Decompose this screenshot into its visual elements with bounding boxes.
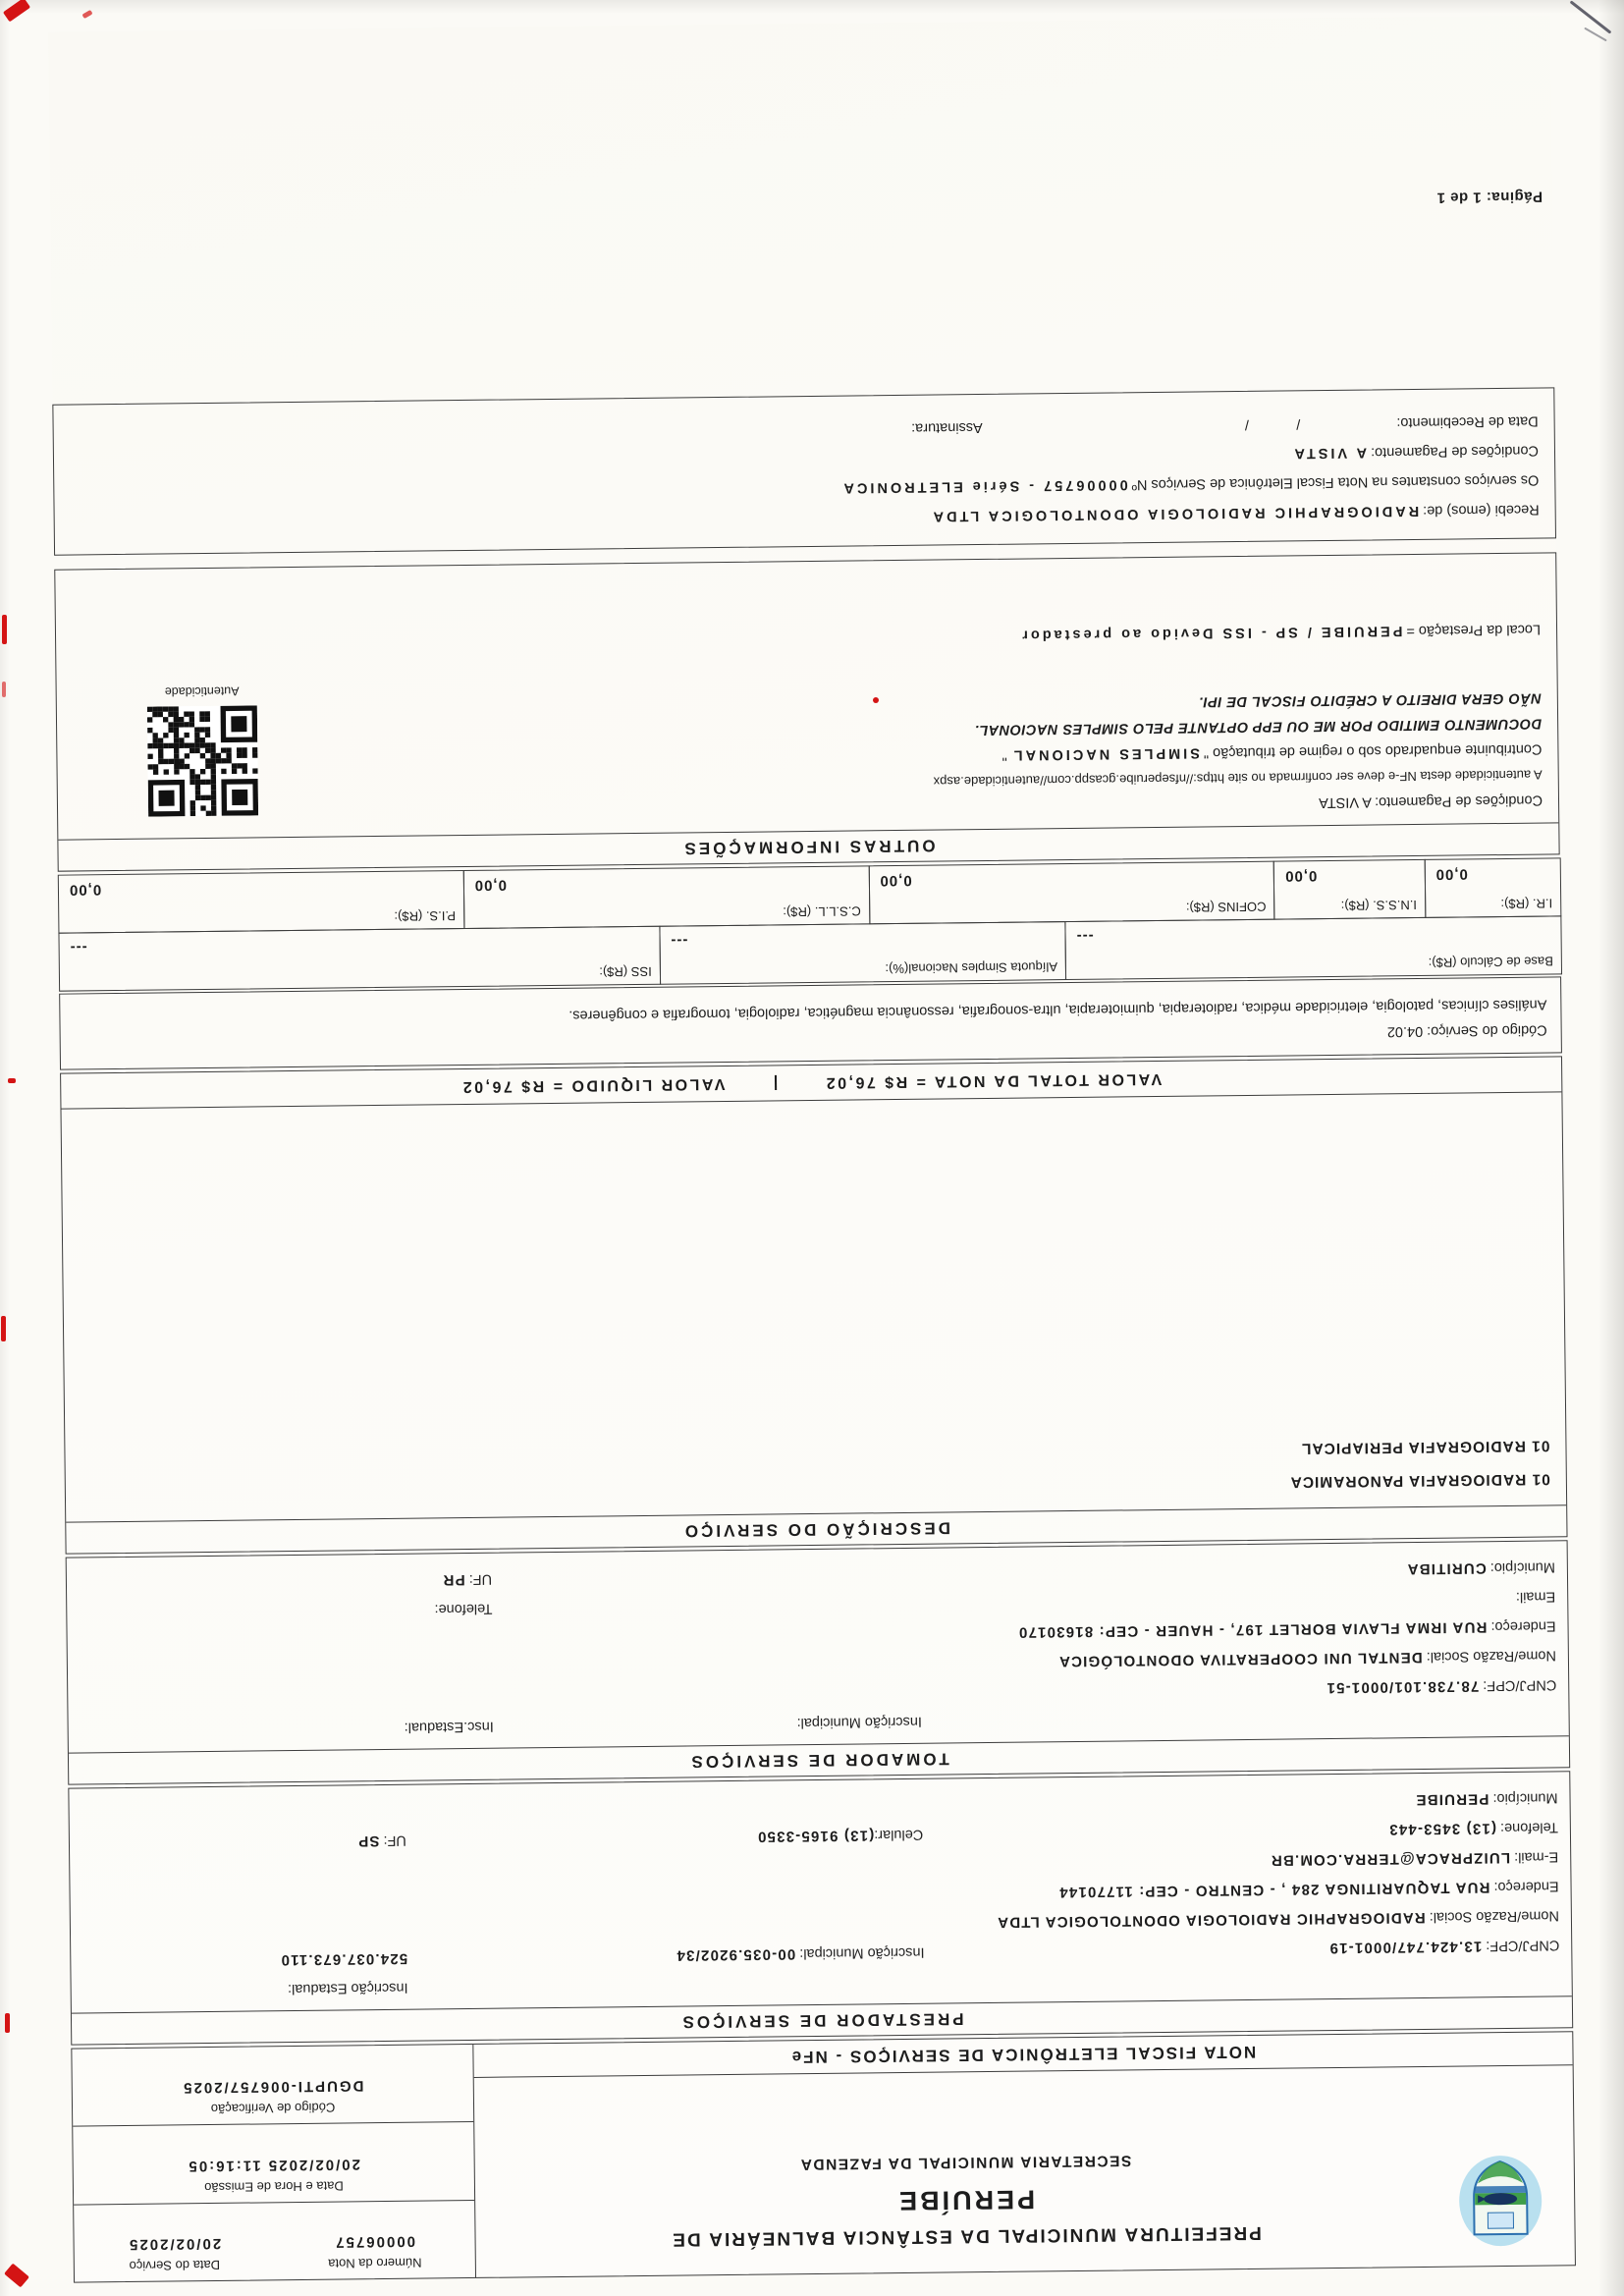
tax-label: Alíquota Simples Nacional(%): <box>885 959 1057 976</box>
tomador-nome-value: DENTAL UNI COOPERATIVA ODONTOLÓGICA <box>1058 1649 1423 1669</box>
tax-cell-inss: I.N.S.S. (R$): 0,00 <box>1273 859 1426 920</box>
red-scan-mark <box>1 1316 6 1341</box>
prestador-email-value: LUIZPRACA@TERRA.COM.BR <box>1271 1849 1511 1869</box>
tomador-ie-label: Insc.Estadual: <box>405 1713 494 1741</box>
recibo-box: Recebi (emos) de: RADIOGRAPHIC RADIOLOGI… <box>52 387 1556 555</box>
outras-informacoes-section: OUTRAS INFORMAÇÕES Condições de Pagament… <box>54 552 1559 871</box>
tax-label: COFINS (R$): <box>1186 900 1267 915</box>
prestador-celular-value: (13) 9165-3350 <box>757 1827 875 1844</box>
tax-label: C.S.L.L. (R$): <box>783 903 861 919</box>
tax-value: --- <box>70 939 87 956</box>
prefeitura-line2: PERUÍBE <box>485 2179 1446 2220</box>
prestador-municipio-label: Município: <box>1492 1789 1557 1806</box>
valor-liquido: VALOR LIQUIDO = R$ 76,02 <box>460 1075 725 1095</box>
data-recebimento-label: Data de Recebimento: <box>1396 413 1538 431</box>
codigo-servico-section: Código do Serviço: 04.02 Análises clínic… <box>59 976 1562 1069</box>
descricao-section: DESCRIÇÃO DO SERVIÇO 01 RADIOGRAFIA PANO… <box>60 1056 1567 1554</box>
prestador-celular-label: Celular: <box>874 1827 923 1843</box>
numero-nota-value: 00006757 <box>275 2232 475 2251</box>
verificacao-box: Código de Verificação DGUPTI-006757/2025 <box>72 2045 473 2126</box>
secretaria: SECRETARIA MUNICIPAL DA FAZENDA <box>485 2148 1446 2176</box>
prestador-nome-label: Nome/Razão Social: <box>1430 1907 1559 1924</box>
tomador-im-label: Inscrição Municipal: <box>796 1708 922 1736</box>
prestador-endereco-value: RUA TAQUARITINGA 284 , - CENTRO - CEP: 1… <box>1058 1879 1489 1900</box>
tax-value: 0,00 <box>69 881 101 898</box>
tomador-telefone-label: Telefone: <box>434 1595 492 1623</box>
header-titles: PREFEITURA MUNICIPAL DA ESTÂNCIA BALNEÁR… <box>474 2065 1575 2277</box>
tax-label: P.I.S. (R$): <box>394 908 456 924</box>
red-scan-mark <box>2 682 6 697</box>
tomador-municipio-label: Município: <box>1490 1558 1555 1575</box>
data-servico-value: 20/02/2025 <box>75 2234 275 2253</box>
prestador-telefone-value: (13) 3453-443 <box>1388 1820 1496 1837</box>
tax-value: 0,00 <box>1435 865 1468 882</box>
qr-block: Autenticidade <box>143 683 263 816</box>
prestador-endereco-label: Endereço: <box>1493 1878 1558 1894</box>
prestador-ie-value: 524.037.673.110 <box>280 1944 407 1973</box>
scanned-sheet: PREFEITURA MUNICIPAL DA ESTÂNCIA BALNEÁR… <box>48 15 1576 2282</box>
assinatura-label: Assinatura: <box>911 419 983 436</box>
prestador-cnpj-value: 13.424.747/0001-19 <box>1328 1938 1482 1956</box>
tomador-uf-value: PR <box>442 1571 464 1588</box>
tax-cell-cofins: COFINS (R$): 0,00 <box>868 861 1274 925</box>
data-servico-label: Data do Serviço <box>75 2257 275 2273</box>
peruibe-crest-logo <box>1458 2149 1543 2249</box>
tax-label: Base de Cálculo (R$): <box>1429 954 1553 969</box>
emissao-value: 20/02/2025 11:16:05 <box>74 2155 474 2176</box>
prestador-im-label: Inscrição Municipal: <box>799 1944 925 1961</box>
red-scan-mark <box>8 1078 16 1083</box>
recibo-numero-serie: 00006757 - Série ELETRONICA <box>840 476 1127 495</box>
tomador-section: TOMADOR DE SERVIÇOS Inscrição Municipal:… <box>66 1540 1571 1784</box>
tax-cell-iss: ISS (R$): --- <box>58 926 660 992</box>
recibo-prestador-nome: RADIOGRAPHIC RADIOLOGIA ODONTOLOGICA LTD… <box>931 503 1420 524</box>
header-right-column: Número da Nota 00006757 Data do Serviço … <box>72 2045 476 2282</box>
valor-separator: | <box>771 1074 778 1091</box>
verificacao-label: Código de Verificação <box>73 2099 473 2118</box>
prestador-municipio-value: PERUIBE <box>1415 1790 1489 1808</box>
prefeitura-line1: PREFEITURA MUNICIPAL DA ESTÂNCIA BALNEÁR… <box>485 2219 1446 2252</box>
tax-cell-ir: I.R. (R$): 0,00 <box>1424 857 1561 918</box>
prestador-nome-value: RADIOGRAPHIC RADIOLOGIA ODONTOLOGICA LTD… <box>997 1909 1426 1931</box>
tax-value: --- <box>1076 928 1094 945</box>
simples-nacional: SIMPLES NACIONAL <box>1011 744 1200 762</box>
page-number: Página: 1 de 1 <box>50 188 1552 221</box>
tomador-cnpj-value: 78.738.101/0001-51 <box>1326 1677 1479 1696</box>
prestador-email-label: E-mail: <box>1514 1848 1558 1865</box>
scanned-invoice-page: { "page": { "pagina": "Página: 1 de 1" }… <box>0 0 1624 2296</box>
prestador-telefone-label: Telefone: <box>1500 1819 1558 1835</box>
header-box: PREFEITURA MUNICIPAL DA ESTÂNCIA BALNEÁR… <box>71 2031 1576 2282</box>
recibo-servicos-prefix: Os serviços constantes na Nota Fiscal El… <box>1128 472 1540 493</box>
red-scan-mark <box>5 2013 10 2033</box>
qr-caption: Autenticidade <box>143 683 261 698</box>
tax-value: 0,00 <box>879 872 911 889</box>
tax-value: 0,00 <box>1284 867 1317 884</box>
tomador-cnpj-label: CNPJ/CPF: <box>1483 1676 1556 1693</box>
scanner-shadow-top <box>0 0 1624 14</box>
tax-cell-csll: C.S.L.L. (R$): 0,00 <box>463 865 870 929</box>
scanner-shadow-left <box>0 0 10 2296</box>
tax-label: ISS (R$): <box>599 964 652 980</box>
prestador-uf-label: UF: <box>383 1832 406 1848</box>
tax-value: --- <box>670 932 687 949</box>
prestador-ie-label: Inscrição Estadual: <box>288 1974 408 2002</box>
local-prestacao: Local da Prestação = PERUIBE / SP - ISS … <box>72 617 1541 659</box>
qr-code <box>147 705 258 816</box>
tax-cell-base-calculo: Base de Cálculo (R$): --- <box>1064 915 1562 980</box>
local-value: PERUIBE / SP - ISS Devido ao prestador <box>1019 623 1402 642</box>
emissao-box: Data e Hora de Emissão 20/02/2025 11:16:… <box>73 2121 474 2204</box>
tomador-nome-label: Nome/Razão Social: <box>1427 1647 1556 1664</box>
data-recebimento-slashes: / / <box>1245 415 1301 432</box>
tax-cell-aliquota: Alíquota Simples Nacional(%): --- <box>659 921 1066 985</box>
scanner-shadow-right <box>1598 0 1624 2296</box>
impostos-table: Base de Cálculo (R$): --- Alíquota Simpl… <box>58 857 1561 990</box>
emissao-label: Data e Hora de Emissão <box>74 2177 474 2197</box>
numero-nota-box: Número da Nota 00006757 Data do Serviço … <box>74 2200 475 2282</box>
tomador-endereco-label: Endereço: <box>1490 1617 1555 1634</box>
red-scan-dot <box>873 697 879 703</box>
tax-label: I.N.S.S. (R$): <box>1341 898 1417 913</box>
recibo-condicoes-prefix: Condições de Pagamento: <box>1367 443 1539 461</box>
tax-cell-pis: P.I.S. (R$): 0,00 <box>58 870 464 934</box>
tomador-endereco-value: RUA IRMA FLAVIA BORLET 197, - HAUER - CE… <box>1018 1618 1488 1640</box>
prestador-section: PRESTADOR DE SERVIÇOS Inscrição Estadual… <box>68 1771 1573 2045</box>
invoice-document: PREFEITURA MUNICIPAL DA ESTÂNCIA BALNEÁR… <box>50 188 1576 2282</box>
valor-total: VALOR TOTAL DA NOTA = R$ 76,02 <box>824 1070 1162 1091</box>
prestador-cnpj-label: CNPJ/CPF: <box>1486 1937 1559 1953</box>
numero-nota-label: Número da Nota <box>275 2255 475 2271</box>
regime-suffix: " <box>1001 747 1010 763</box>
verificacao-value: DGUPTI-006757/2025 <box>73 2076 473 2098</box>
header-left: PREFEITURA MUNICIPAL DA ESTÂNCIA BALNEÁR… <box>473 2032 1575 2277</box>
prestador-uf-value: SP <box>357 1832 380 1849</box>
red-scan-mark <box>2 615 7 644</box>
local-prefix: Local da Prestação = <box>1402 622 1541 639</box>
descricao-items: 01 RADIOGRAFIA PANORAMICA 01 RADIOGRAFIA… <box>61 1092 1566 1521</box>
tax-label: I.R. (R$): <box>1500 896 1552 911</box>
prestador-im-value: 00-035.9202/34 <box>676 1945 795 1963</box>
tax-value: 0,00 <box>474 877 507 894</box>
tomador-municipio-value: CURITIBA <box>1406 1559 1486 1577</box>
recibo-prefix: Recebi (emos) de: <box>1419 502 1540 519</box>
regime-prefix: Contribuinte enquadrado sob o regime de … <box>1200 741 1543 761</box>
tomador-email-label: Email: <box>1516 1588 1555 1604</box>
recibo-condicoes-valor: A VISTA <box>1291 445 1367 462</box>
tomador-uf-label: UF: <box>469 1571 493 1587</box>
